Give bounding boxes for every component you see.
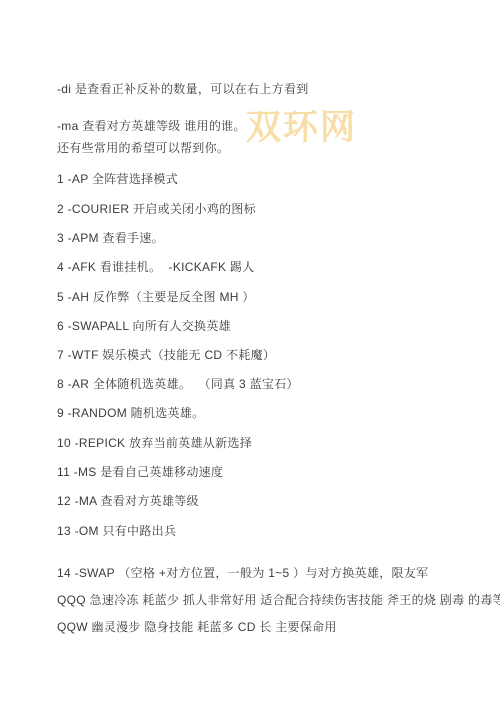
- document-line: 2 -COURIER 开启或关闭小鸡的图标: [57, 203, 256, 215]
- document-line: 10 -REPICK 放弃当前英雄从新选择: [57, 437, 252, 449]
- document-line: 14 -SWAP （空格 +对方位置，一般为 1~5 ）与对方换英雄，限友军: [57, 567, 428, 579]
- document-line: 3 -APM 查看手速。: [57, 232, 164, 244]
- document-line: 还有些常用的希望可以帮到你。: [57, 142, 229, 154]
- document-line: 4 -AFK 看谁挂机。 -KICKAFK 踢人: [57, 261, 255, 273]
- document-line: QQQ 急速冷冻 耗蓝少 抓人非常好用 适合配合持续伤害技能 斧王的烧 剧毒 的…: [57, 594, 500, 606]
- document-line: 11 -MS 是看自己英雄移动速度: [57, 466, 223, 478]
- document-line: -ma 查看对方英雄等级 谁用的谁。: [57, 120, 246, 132]
- watermark-text: 双环网: [246, 110, 357, 145]
- document-line: 13 -OM 只有中路出兵: [57, 525, 176, 537]
- document-line: 5 -AH 反作弊（主要是反全图 MH ）: [57, 291, 255, 303]
- document-line: 1 -AP 全阵营选择模式: [57, 173, 178, 185]
- document-line: 6 -SWAPALL 向所有人交换英雄: [57, 320, 231, 332]
- document-line: 7 -WTF 娱乐模式（技能无 CD 不耗魔）: [57, 349, 275, 361]
- document-line: 9 -RANDOM 随机选英雄。: [57, 407, 204, 419]
- document-page: 双环网 -di 是查看正补反补的数量，可以在右上方看到 -ma 查看对方英雄等级…: [0, 0, 500, 708]
- document-line: QQW 幽灵漫步 隐身技能 耗蓝多 CD 长 主要保命用: [57, 621, 337, 633]
- document-line: 12 -MA 查看对方英雄等级: [57, 495, 199, 507]
- document-line: -di 是查看正补反补的数量，可以在右上方看到: [57, 83, 309, 95]
- document-line: 8 -AR 全体随机选英雄。 （同真 3 蓝宝石）: [57, 378, 299, 390]
